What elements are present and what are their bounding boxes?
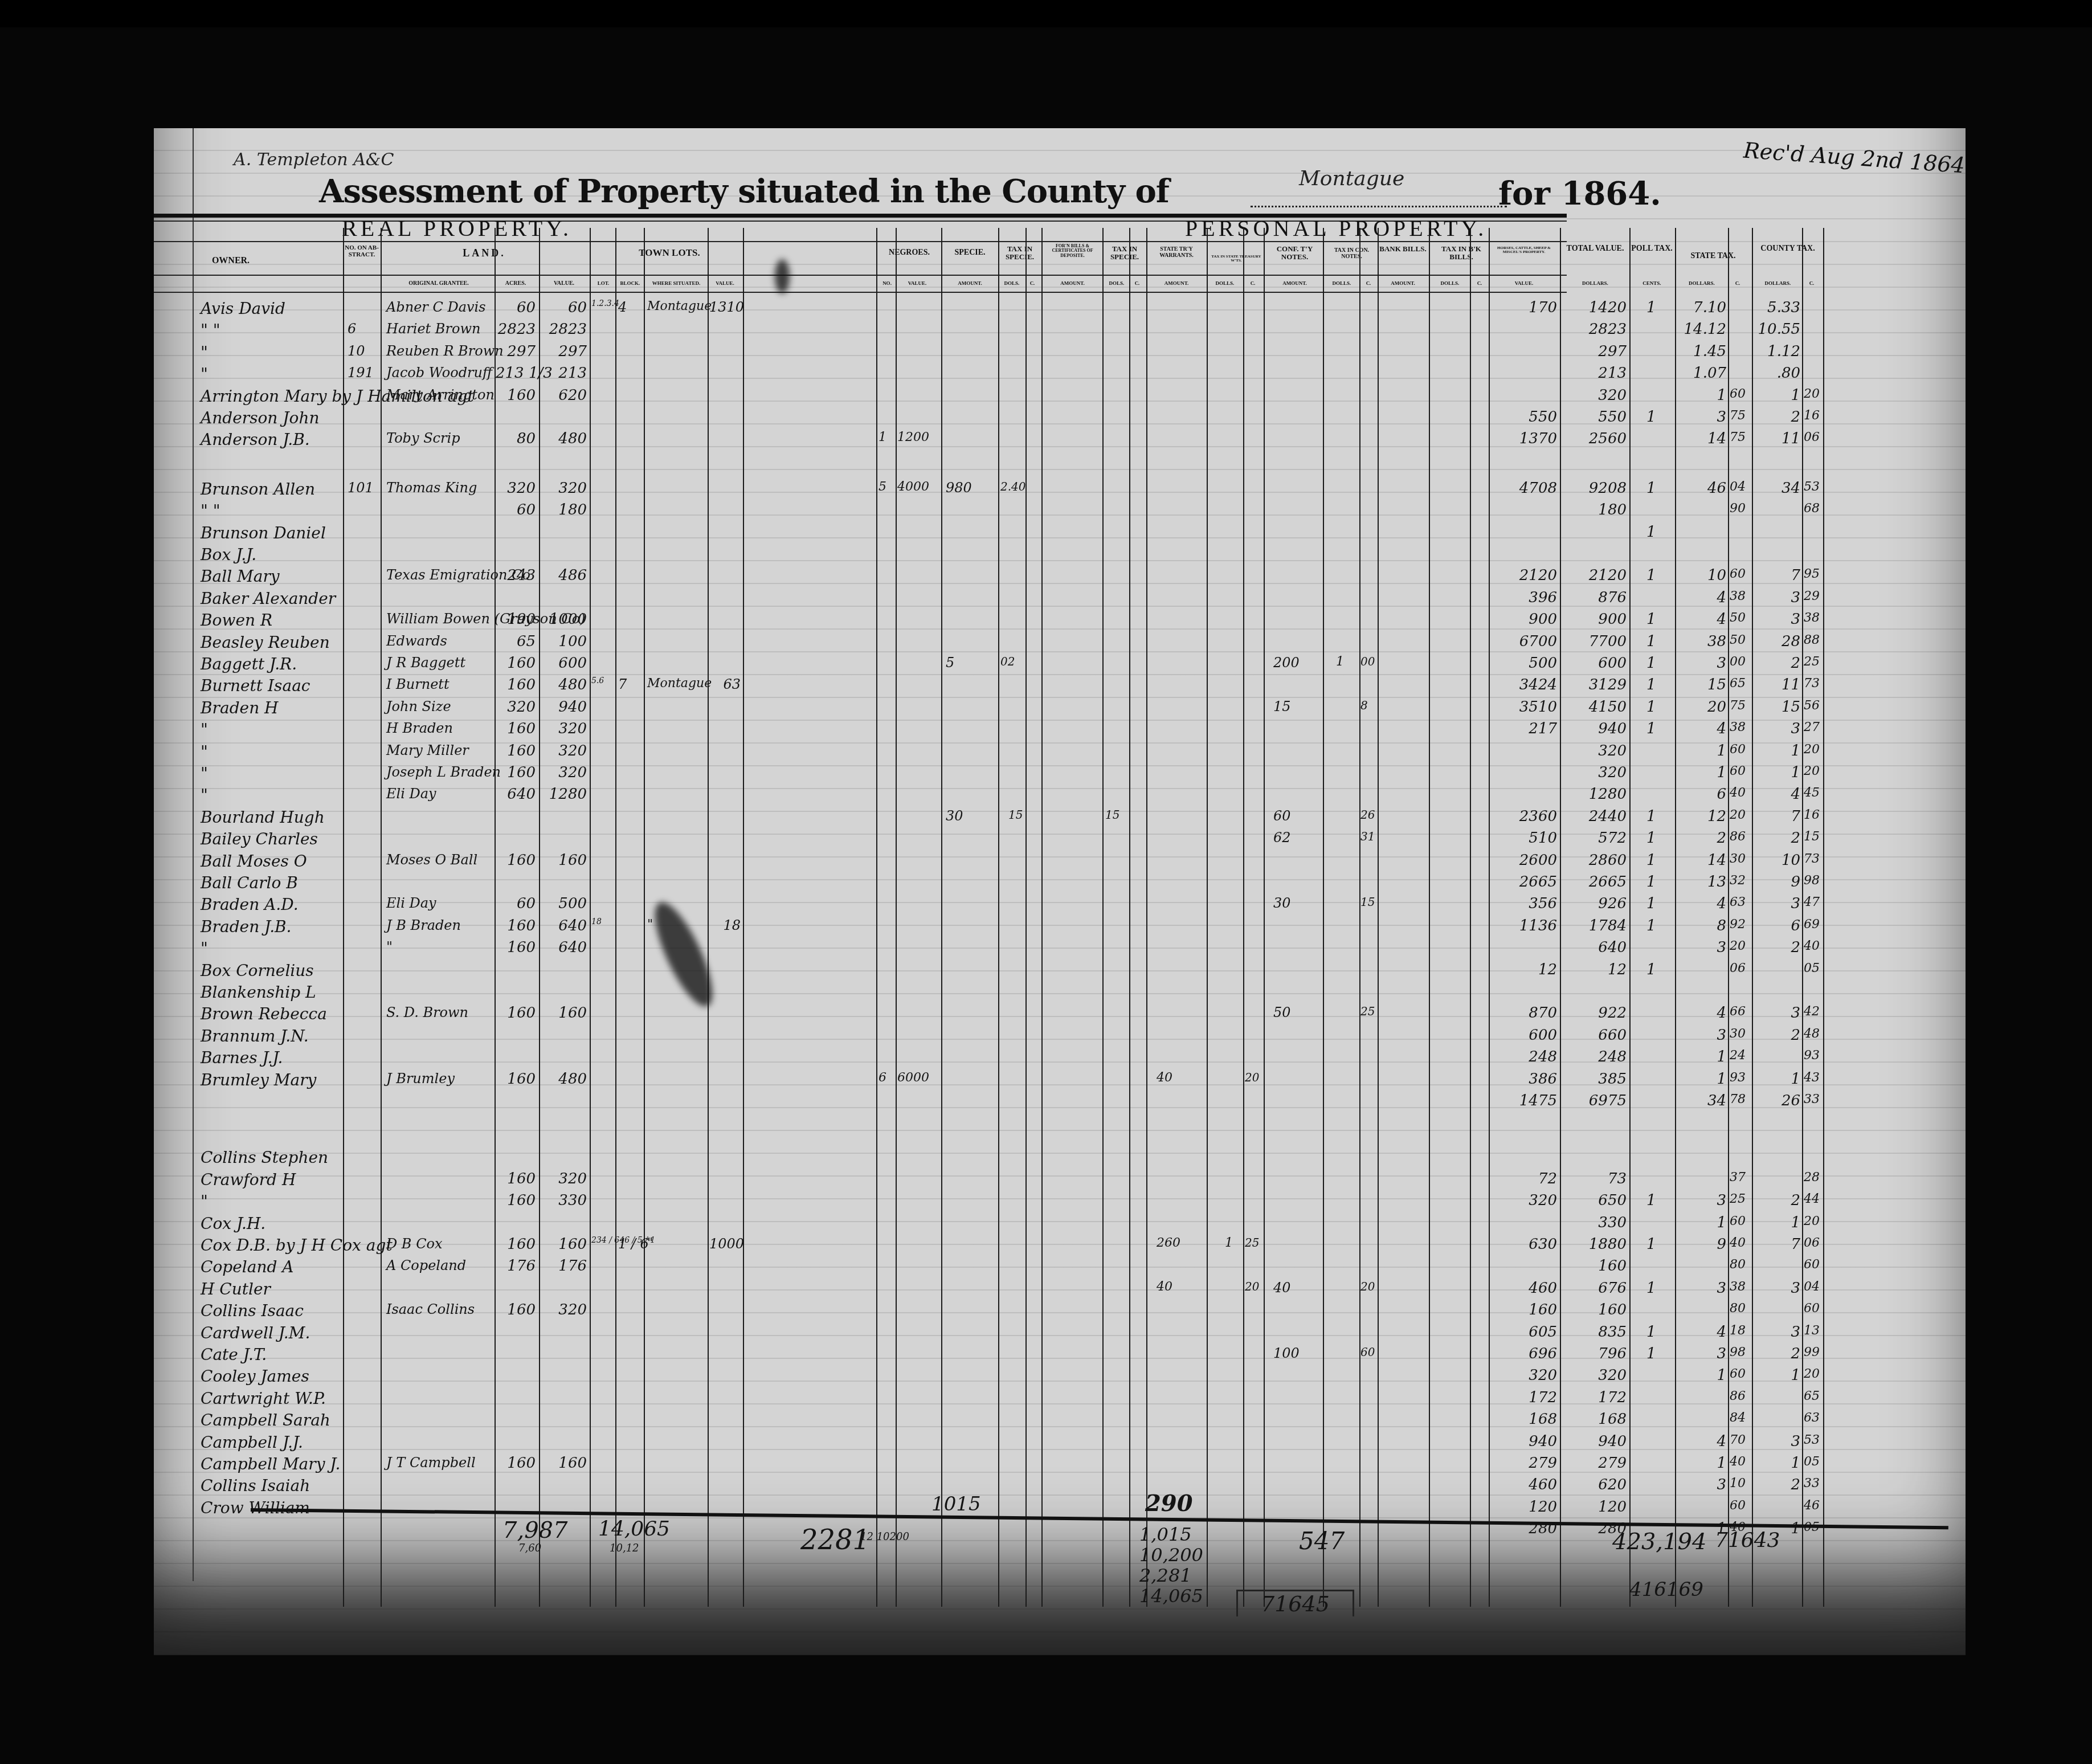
cell-land-value: 320 (541, 720, 587, 737)
cell-lot-value: 1000 (709, 1236, 741, 1252)
col-rule (590, 228, 591, 1607)
cell-county-c: 20 (1804, 1214, 1820, 1228)
cell-land-value: 160 (541, 852, 587, 869)
clerk-note: A. Templeton A&C (234, 150, 394, 170)
cell-misc: 500 (1490, 655, 1557, 672)
cell-specie: 980 (946, 480, 972, 496)
cell-state-c: 40 (1730, 1236, 1746, 1250)
col-specie: SPECIE. (943, 249, 997, 258)
cell-state-d: 3 (1676, 939, 1726, 956)
cell-misc: 600 (1490, 1027, 1557, 1044)
cell-misc: 386 (1490, 1071, 1557, 1088)
cell-poll: 1 (1646, 873, 1656, 891)
col-rule (1129, 228, 1130, 1607)
subheader-divider (154, 275, 1567, 276)
cell-conf-notes: 100 (1273, 1345, 1300, 1361)
cell-owner: Campbell Sarah (201, 1411, 330, 1430)
col-tax-con-notes-c: C. (1360, 281, 1376, 286)
cell-grantee: Isaac Collins (386, 1301, 475, 1317)
cell-county-d: 1 (1754, 1214, 1800, 1231)
col-bank-bills-amount: AMOUNT. (1379, 281, 1427, 286)
cell-misc: 320 (1490, 1367, 1557, 1384)
col-rule (1470, 228, 1471, 1607)
cell-poll: 1 (1646, 895, 1656, 912)
cell-misc: 3510 (1490, 699, 1557, 716)
cell-poll: 1 (1646, 830, 1656, 847)
cell-land-value: 480 (541, 676, 587, 693)
cell-owner: Bailey Charles (201, 830, 318, 848)
cell-state-c: 75 (1730, 699, 1746, 713)
cell-state-c: 60 (1730, 567, 1746, 581)
cell-county-d: 11 (1754, 430, 1800, 447)
cell-acres: 297 (496, 343, 536, 360)
cell-county-c: 99 (1804, 1345, 1820, 1359)
cell-county-c: 05 (1804, 1455, 1820, 1469)
cell-misc: 320 (1490, 1192, 1557, 1209)
col-rule (1102, 228, 1104, 1607)
cell-owner: " (201, 786, 208, 805)
cell-state-d: 3 (1676, 1476, 1726, 1493)
cell-state-d: 4 (1676, 589, 1726, 606)
cell-tax-specie-d: 2.40 (1000, 480, 1026, 493)
ink-blot (775, 259, 790, 293)
cell-total: 620 (1561, 1476, 1627, 1493)
cell-lot: 5.6 (591, 676, 604, 685)
cell-specie: 5 (946, 655, 954, 671)
cell-state-d: 4 (1676, 1324, 1726, 1341)
cell-grantee: S. D. Brown (386, 1004, 468, 1020)
col-negroes: NEGROES. (877, 249, 941, 258)
cell-acres: 160 (496, 655, 536, 672)
cell-total: 2560 (1561, 430, 1627, 447)
cell-state-c: 40 (1730, 1455, 1746, 1469)
cell-county-d: 3 (1754, 1324, 1800, 1341)
cell-county-c: 33 (1804, 1092, 1820, 1106)
cell-warrants: 40 (1157, 1280, 1172, 1294)
cell-owner: " " (201, 321, 220, 340)
col-rule (381, 228, 382, 1607)
col-tax-bk-bills-c: C. (1471, 281, 1488, 286)
totals-stack-value: 10,200 (1139, 1545, 1203, 1565)
cell-specie: 30 (946, 808, 963, 824)
col-rule (708, 228, 709, 1607)
cell-block: 1 / 6 (618, 1236, 649, 1252)
cell-owner: Bourland Hugh (201, 808, 325, 827)
cell-county-c: 20 (1804, 387, 1820, 401)
cell-land-value: 320 (541, 480, 587, 497)
cell-owner: Anderson J.B. (201, 430, 310, 449)
cell-state-c: 25 (1730, 1192, 1746, 1206)
cell-land-value: 486 (541, 567, 587, 584)
totals-stack-value: 1,015 (1139, 1524, 1203, 1545)
cell-poll: 1 (1646, 611, 1656, 628)
cell-misc: 217 (1490, 720, 1557, 737)
cell-total: 676 (1561, 1280, 1627, 1297)
cell-poll: 1 (1646, 699, 1656, 716)
cell-abstract: 10 (348, 343, 365, 359)
cell-lot: 18 (591, 917, 602, 926)
cell-tax-con-c: 25 (1360, 1004, 1375, 1018)
cell-state-d: 14 (1676, 852, 1726, 869)
cell-acres: 320 (496, 699, 536, 716)
cell-county-d: 26 (1754, 1092, 1800, 1109)
cell-total: 1280 (1561, 786, 1627, 803)
cell-county-c: 47 (1804, 895, 1820, 909)
received-date-note: Rec'd Aug 2nd 1864 (1743, 137, 1966, 178)
cell-county-c: 73 (1804, 676, 1820, 691)
cell-county-d: 7 (1754, 1236, 1800, 1253)
cell-misc: 170 (1490, 299, 1557, 316)
col-poll-tax: POLL TAX. (1631, 245, 1673, 254)
cell-where: Montague (647, 299, 712, 313)
cell-county-c: 45 (1804, 786, 1820, 800)
cell-state-d: 1 (1676, 1455, 1726, 1472)
cell-state-c: 86 (1730, 1389, 1746, 1403)
cell-acres: 160 (496, 742, 536, 759)
cell-county-c: 40 (1804, 939, 1820, 953)
col-tax-in-specie-2: TAX IN SPECIE. (1104, 245, 1145, 260)
left-margin-rule (193, 128, 194, 1581)
cell-county-c: 33 (1804, 1476, 1820, 1491)
col-total-value: TOTAL VALUE. (1561, 245, 1629, 254)
cell-acres: 160 (496, 1004, 536, 1022)
cell-poll: 1 (1646, 1345, 1656, 1362)
cell-conf-notes: 30 (1273, 895, 1291, 911)
cell-owner: Brumley Mary (201, 1071, 316, 1089)
cell-county-d: 3 (1754, 1004, 1800, 1022)
col-rule (1359, 228, 1360, 1607)
cell-acres: 176 (496, 1257, 536, 1275)
cell-tax-con-d: 1 (1336, 655, 1344, 669)
cell-grantee: D B Cox (386, 1236, 442, 1252)
cell-state-c: 06 (1730, 961, 1746, 975)
cell-total: 4150 (1561, 699, 1627, 716)
cell-county-c: 73 (1804, 852, 1820, 866)
cell-poll: 1 (1646, 676, 1656, 693)
cell-county-d: 1 (1754, 387, 1800, 404)
cell-county-d: 1 (1754, 1455, 1800, 1472)
cell-total: 385 (1561, 1071, 1627, 1088)
cell-block: 7 (618, 676, 627, 692)
col-rule (343, 228, 344, 1607)
col-rule (1378, 228, 1379, 1607)
cell-owner: " " (201, 501, 220, 520)
cell-county-c: 20 (1804, 742, 1820, 757)
cell-state-c: 10 (1730, 1476, 1746, 1491)
grand-total: 423,194 (1612, 1529, 1706, 1555)
cell-state-d: 3 (1676, 1192, 1726, 1209)
col-rule (998, 228, 999, 1607)
col-foreign-bills: FOR'N BILLS & CERTIFICATES OF DEPOSITE. (1043, 244, 1102, 258)
col-tax-bk-bills: TAX IN B'K BILLS. (1430, 245, 1493, 260)
col-rule (1802, 228, 1803, 1607)
cell-county-d: 28 (1754, 633, 1800, 650)
cell-owner: Box Cornelius (201, 961, 314, 980)
cell-owner: Anderson John (201, 409, 319, 427)
cell-grantee: J Brumley (386, 1071, 455, 1087)
cell-county-d: 2 (1754, 830, 1800, 847)
cell-acres: 160 (496, 387, 536, 404)
cell-owner: Baker Alexander (201, 589, 336, 608)
cell-state-d: 1 (1676, 1367, 1726, 1384)
col-county-tax: COUNTY TAX. (1754, 245, 1822, 254)
cell-owner: Collins Stephen (201, 1148, 328, 1167)
cell-acres: 60 (496, 501, 536, 518)
total-land-value: 14,065 (598, 1517, 670, 1541)
cell-county-d: 9 (1754, 873, 1800, 891)
cell-owner: Cooley James (201, 1367, 309, 1386)
cell-state-c: 60 (1730, 742, 1746, 757)
cell-conf-notes: 62 (1273, 830, 1291, 846)
cell-owner: Brannum J.N. (201, 1027, 309, 1046)
cell-conf-notes: 200 (1273, 655, 1300, 671)
cell-state-d: 1.45 (1676, 343, 1726, 360)
cell-land-value: 180 (541, 501, 587, 518)
cell-state-d: 2 (1676, 830, 1726, 847)
cell-tax-con-c: 60 (1360, 1345, 1375, 1359)
cell-state-d: 14 (1676, 430, 1726, 447)
col-county-tax-dollars: DOLLARS. (1754, 281, 1802, 286)
col-rule (1146, 228, 1147, 1607)
cell-acres: 160 (496, 1071, 536, 1088)
cell-total: 320 (1561, 764, 1627, 781)
col-town-block: BLOCK. (616, 281, 644, 286)
cell-misc: 510 (1490, 830, 1557, 847)
cell-misc: 4708 (1490, 480, 1557, 497)
total-town-sub: 12 10200 (860, 1531, 909, 1543)
col-land-value: VALUE. (541, 281, 587, 287)
cell-state-d: 1 (1676, 1214, 1726, 1231)
cell-county-d: 15 (1754, 699, 1800, 716)
cell-misc: 6700 (1490, 633, 1557, 650)
cell-county-c: 16 (1804, 409, 1820, 423)
cell-land-value: 1280 (541, 786, 587, 803)
cell-state-d: 3 (1676, 1345, 1726, 1362)
cell-county-c: 60 (1804, 1301, 1820, 1316)
cell-abstract: 191 (348, 365, 374, 381)
cell-misc: 172 (1490, 1389, 1557, 1406)
col-conf-notes-amount: AMOUNT. (1268, 281, 1322, 286)
cell-state-d: 13 (1676, 873, 1726, 891)
cell-total: 1880 (1561, 1236, 1627, 1253)
cell-state-d: 46 (1676, 480, 1726, 497)
col-tax-bk-bills-dolls: DOLLS. (1430, 281, 1470, 286)
cell-acres: 190 (496, 611, 536, 628)
cell-misc: 12 (1490, 961, 1557, 978)
cell-total: 3129 (1561, 676, 1627, 693)
cell-state-c: 80 (1730, 1257, 1746, 1272)
col-rule (1207, 228, 1208, 1607)
cell-county-d: 10.55 (1754, 321, 1800, 338)
cell-tax-con-c: 20 (1360, 1280, 1375, 1293)
cell-neg-no: 6 (879, 1071, 886, 1085)
cell-state-c: 60 (1730, 1498, 1746, 1513)
cell-total: 330 (1561, 1214, 1627, 1231)
cell-county-c: 93 (1804, 1048, 1820, 1063)
cell-total: 640 (1561, 939, 1627, 956)
cell-county-c: 29 (1804, 589, 1820, 603)
cell-poll: 1 (1646, 1324, 1656, 1341)
cell-poll: 1 (1646, 567, 1656, 584)
cell-abstract: 101 (348, 480, 374, 496)
cell-state-c: 75 (1730, 430, 1746, 444)
cell-state-c: 63 (1730, 895, 1746, 909)
cell-total: 900 (1561, 611, 1627, 628)
cell-poll: 1 (1646, 299, 1656, 316)
cell-grantee: J B Braden (386, 917, 461, 933)
cell-owner: Crawford H (201, 1170, 296, 1189)
cell-total: 9208 (1561, 480, 1627, 497)
cell-county-c: 43 (1804, 1071, 1820, 1085)
grand-sub-total: 416169 (1629, 1578, 1703, 1601)
cell-owner: Campbell Mary J. (201, 1455, 340, 1473)
cell-owner: Brown Rebecca (201, 1004, 327, 1023)
col-specie-amount: AMOUNT. (943, 281, 997, 286)
cell-county-c: 56 (1804, 699, 1820, 713)
cell-total: 180 (1561, 501, 1627, 518)
cell-owner: Burnett Isaac (201, 676, 310, 695)
cell-poll: 1 (1646, 655, 1656, 672)
cell-county-c: 69 (1804, 917, 1820, 932)
col-tax-state-treasury-c: C. (1245, 281, 1261, 286)
cell-misc: 630 (1490, 1236, 1557, 1253)
cell-acres: 60 (496, 299, 536, 316)
cell-poll: 1 (1646, 720, 1656, 737)
cell-county-c: 44 (1804, 1192, 1820, 1206)
cell-grantee: Edwards (386, 633, 447, 649)
cell-total: 320 (1561, 1367, 1627, 1384)
cell-county-c: 15 (1804, 830, 1820, 844)
cell-county-d: 1 (1754, 1071, 1800, 1088)
cell-owner: Barnes J.J. (201, 1048, 283, 1067)
cell-misc: 870 (1490, 1004, 1557, 1022)
col-rule (1041, 228, 1043, 1607)
col-negroes-value: VALUE. (897, 281, 937, 286)
cell-land-value: 2823 (541, 321, 587, 338)
cell-land-value: 320 (541, 742, 587, 759)
cell-land-value: 500 (541, 895, 587, 912)
cell-owner: Brunson Allen (201, 480, 315, 499)
cell-total: 213 (1561, 365, 1627, 382)
cell-county-d: 1 (1754, 764, 1800, 781)
cell-total: 876 (1561, 589, 1627, 606)
cell-grantee: Eli Day (386, 895, 436, 911)
cell-land-value: 330 (541, 1192, 587, 1209)
cell-state-c: 04 (1730, 480, 1746, 494)
cell-land-value: 640 (541, 939, 587, 956)
cell-acres: 160 (496, 1301, 536, 1318)
cell-county-d: 3 (1754, 1433, 1800, 1450)
cell-state-d: 1.07 (1676, 365, 1726, 382)
cell-county-c: 28 (1804, 1170, 1820, 1185)
cell-land-value: 320 (541, 1301, 587, 1318)
total-specie: 1015 (931, 1493, 981, 1516)
cell-total: 6975 (1561, 1092, 1627, 1109)
cell-total: 940 (1561, 720, 1627, 737)
ink-blot (644, 896, 724, 1014)
cell-poll: 1 (1646, 1236, 1656, 1253)
cell-acres: 80 (496, 430, 536, 447)
county-name: Montague (1299, 167, 1404, 190)
col-tax-state-treasury: TAX IN STATE TREASURY W'TS. (1208, 255, 1265, 263)
cell-total: 660 (1561, 1027, 1627, 1044)
col-tax-state-treasury-dolls: DOLLS. (1208, 281, 1242, 286)
cell-acres: 60 (496, 895, 536, 912)
cell-poll: 1 (1646, 409, 1656, 426)
col-negroes-no: NO. (879, 281, 896, 286)
cell-owner: Collins Isaac (201, 1301, 304, 1320)
cell-total: 650 (1561, 1192, 1627, 1209)
cell-owner: Cox D.B. by J H Cox agt (201, 1236, 393, 1255)
col-rule (1823, 228, 1824, 1607)
cell-acres: 243 (496, 567, 536, 584)
col-tax-specie-1-c: C. (1025, 281, 1039, 286)
cell-misc: 120 (1490, 1498, 1557, 1516)
cell-warrants: 40 (1157, 1071, 1172, 1085)
cell-total: 73 (1561, 1170, 1627, 1187)
col-rule (1243, 228, 1244, 1607)
cell-state-d: 7.10 (1676, 299, 1726, 316)
cell-grantee: H Braden (386, 720, 453, 736)
cell-owner: Copeland A (201, 1257, 294, 1276)
cell-total: 160 (1561, 1257, 1627, 1275)
cell-owner: Beasley Reuben (201, 633, 330, 652)
cell-acres: 160 (496, 1455, 536, 1472)
cell-grantee: A Copeland (386, 1257, 466, 1273)
cell-neg-no: 1 (879, 430, 886, 444)
col-horses-cattle-value: VALUE. (1490, 281, 1558, 286)
cell-state-d: 1 (1676, 1048, 1726, 1065)
cell-county-d: 3 (1754, 720, 1800, 737)
col-foreign-bills-amount: AMOUNT. (1043, 281, 1102, 286)
cell-poll: 1 (1646, 1192, 1656, 1209)
cell-state-d: 34 (1676, 1092, 1726, 1109)
cell-misc: 2360 (1490, 808, 1557, 825)
cell-poll: 1 (1646, 524, 1656, 541)
cell-owner: " (201, 742, 208, 761)
cell-acres: 160 (496, 764, 536, 781)
col-tax-con-notes-dolls: DOLLS. (1325, 281, 1359, 286)
cell-state-c: 24 (1730, 1048, 1746, 1063)
cell-total: 2440 (1561, 808, 1627, 825)
cell-owner: Cox J.H. (201, 1214, 265, 1233)
cell-total: 172 (1561, 1389, 1627, 1406)
cell-state-c: 75 (1730, 409, 1746, 423)
cell-state-d: 1 (1676, 742, 1726, 759)
cell-state-d: 4 (1676, 611, 1726, 628)
cell-county-c: 20 (1804, 764, 1820, 778)
col-rule (1323, 228, 1324, 1607)
col-horses-cattle: HORSES, CATTLE, SHEEP & MISCEL'S PROPERT… (1490, 246, 1558, 255)
cell-county-c: 60 (1804, 1257, 1820, 1272)
total-acres-sub: 7,60 (518, 1542, 541, 1554)
cell-total: 320 (1561, 387, 1627, 404)
cell-total: 922 (1561, 1004, 1627, 1022)
cell-land-value: 100 (541, 633, 587, 650)
cell-county-d: 2 (1754, 409, 1800, 426)
cell-grantee: Mary Miller (386, 742, 469, 758)
total-town-lot-value: 2281 (800, 1524, 870, 1556)
col-rule (1752, 228, 1753, 1607)
cell-grantee: Eli Day (386, 786, 436, 802)
col-state-tax-dollars: DOLLARS. (1676, 281, 1727, 286)
cell-total: 1420 (1561, 299, 1627, 316)
cell-misc: 940 (1490, 1433, 1557, 1450)
cell-state-c: 00 (1730, 655, 1746, 669)
col-state-tax: STATE TAX. (1676, 252, 1750, 261)
cell-state-d: 1 (1676, 764, 1726, 781)
cell-neg-no: 5 (879, 480, 886, 494)
